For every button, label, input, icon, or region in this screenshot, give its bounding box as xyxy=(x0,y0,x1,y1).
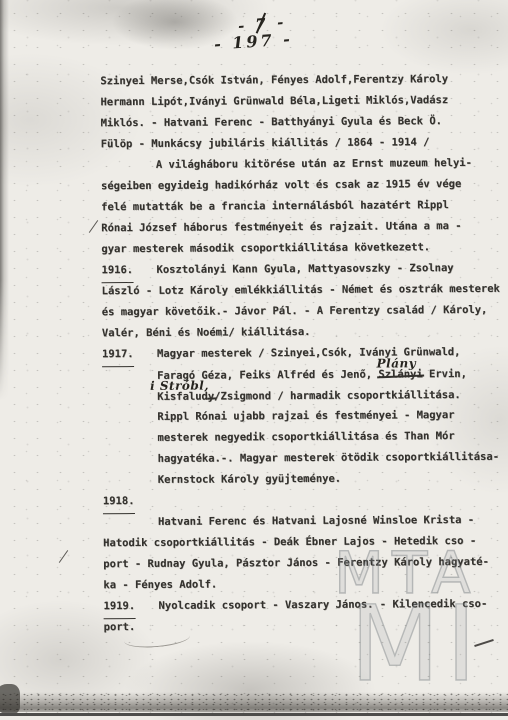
typescript-line: 1917.Magyar mesterek / Szinyei,Csók, Ivá… xyxy=(102,342,502,365)
line-text: Rónai József háborus festményeit és rajz… xyxy=(101,216,461,239)
typescript-line: gyar mesterek második csoportkiállitása … xyxy=(101,237,501,260)
year-heading: 1919. xyxy=(103,596,135,619)
year-heading: 1916. xyxy=(101,260,133,283)
typed-text: A világháboru kitörése után az Ernst muz… xyxy=(156,157,472,171)
typed-text: és magyar követőik.- Jávor Pál. - A Fere… xyxy=(102,304,488,318)
typescript-line: ségeiben egyideig hadikórház volt és csa… xyxy=(101,174,501,197)
typescript-line: hagyatéka.-. Magyar mesterek ötödik csop… xyxy=(103,447,503,470)
year-heading: 1917. xyxy=(102,344,134,367)
typescript-line: Miklós. - Hatvani Ferenc - Batthyányi Gy… xyxy=(101,111,501,134)
typescript-line: és magyar követőik.- Jávor Pál. - A Fere… xyxy=(102,300,502,323)
typed-text: gyar mesterek második csoportkiállitása … xyxy=(101,241,430,255)
pencil-slash-mark xyxy=(59,550,68,563)
typed-text: Fülöp - Munkácsy jubiláris kiállitás / 1… xyxy=(101,136,430,150)
typed-text: ségeiben egyideig hadikórház volt és csa… xyxy=(101,178,461,192)
typescript-line: Hatvani Ferenc és Hatvani Lajosné Winslo… xyxy=(103,510,503,533)
line-text: Hatodik csoportkiállitás - Deák Ébner La… xyxy=(103,531,476,554)
typescript-line: ka - Fényes Adolf. xyxy=(103,573,503,596)
typed-text: port - Rudnay Gyula, Pásztor János - Fer… xyxy=(103,556,489,570)
typescript-line: felé mutatták be a francia internálásból… xyxy=(101,195,501,218)
typed-text: Hermann Lipót,Iványi Grünwald Béla,Liget… xyxy=(100,94,448,108)
year-heading: 1918. xyxy=(103,491,135,514)
scan-edge-line xyxy=(0,713,508,716)
line-text: László - Lotz Károly emlékkiállitás - Né… xyxy=(102,279,500,302)
typescript-line: Kisfaludyi Stróbl,/Zsigmond / harmadik c… xyxy=(102,384,502,407)
line-text: ka - Fényes Adolf. xyxy=(103,575,217,597)
typed-text: ka - Fényes Adolf. xyxy=(103,579,217,592)
typescript-body: Szinyei Merse,Csók István, Fényes Adolf,… xyxy=(100,69,503,638)
line-text: Nyolcadik csoport - Vaszary János. - Kil… xyxy=(158,594,487,617)
pencil-slash-mark xyxy=(89,220,98,233)
line-text: mesterek negyedik csoportkiállitása és T… xyxy=(157,426,454,449)
typed-text: mesterek negyedik csoportkiállitása és T… xyxy=(157,430,454,444)
typescript-line: Valér, Béni és Noémi/ kiállitása. xyxy=(102,321,502,344)
typescript-line: Hermann Lipót,Iványi Grünwald Béla,Liget… xyxy=(100,90,500,113)
line-text: Fülöp - Munkácsy jubiláris kiállitás / 1… xyxy=(101,132,430,155)
line-text: A világháboru kitörése után az Ernst muz… xyxy=(156,153,472,176)
line-text: Miklós. - Hatvani Ferenc - Batthyányi Gy… xyxy=(101,111,442,134)
typescript-line: 1918. xyxy=(103,489,503,512)
typed-text: Ervin, xyxy=(423,368,467,380)
typed-text: Szinyei Merse,Csók István, Fényes Adolf,… xyxy=(100,73,448,87)
typed-text: felé mutatták be a francia internálásból… xyxy=(101,199,449,213)
line-text: felé mutatták be a francia internálásból… xyxy=(101,195,449,218)
typescript-line: Fülöp - Munkácsy jubiláris kiállitás / 1… xyxy=(101,132,501,155)
typed-text: Rippl Rónai ujabb rajzai és festményei -… xyxy=(157,409,454,423)
typescript-line: port - Rudnay Gyula, Pásztor János - Fer… xyxy=(103,552,503,575)
line-text: Hatvani Ferenc és Hatvani Lajosné Winslo… xyxy=(158,510,474,533)
line-text: port - Rudnay Gyula, Pásztor János - Fer… xyxy=(103,552,489,575)
scan-bottom-edge xyxy=(0,692,508,712)
typed-text: port. xyxy=(104,621,136,633)
line-text: hagyatéka.-. Magyar mesterek ötödik csop… xyxy=(158,447,499,470)
typed-text: Hatvani Ferenc és Hatvani Lajosné Winslo… xyxy=(158,514,474,528)
typed-text: Nyolcadik csoport - Vaszary János. - Kil… xyxy=(159,598,488,612)
typescript-line: mesterek negyedik csoportkiállitása és T… xyxy=(102,426,502,449)
scan-corner-shadow xyxy=(0,684,20,714)
typed-text: Valér, Béni és Noémi/ kiállitása. xyxy=(102,326,311,339)
line-text: gyar mesterek második csoportkiállitása … xyxy=(101,237,430,260)
typed-text: hagyatéka.-. Magyar mesterek ötödik csop… xyxy=(158,451,499,465)
typed-text: Rónai József háborus festményeit és rajz… xyxy=(101,220,461,234)
page-number: - 197 - xyxy=(213,29,293,53)
typescript-line: Rónai József háborus festményeit és rajz… xyxy=(101,216,501,239)
typed-text: Kernstock Károly gyüjteménye. xyxy=(158,473,341,486)
typed-text: László - Lotz Károly emlékkiállitás - Né… xyxy=(102,283,500,297)
line-text: Valér, Béni és Noémi/ kiállitása. xyxy=(102,322,311,344)
typescript-line: Kernstock Károly gyüjteménye. xyxy=(103,468,503,491)
line-text: Rippl Rónai ujabb rajzai és festményei -… xyxy=(157,405,454,428)
typed-text: Hatodik csoportkiállitás - Deák Ébner La… xyxy=(103,535,476,549)
typescript-line: 1916.Kosztolányi Kann Gyula, Mattyasovsz… xyxy=(101,258,501,281)
typescript-line: Hatodik csoportkiállitás - Deák Ébner La… xyxy=(103,531,503,554)
line-text: port. xyxy=(104,617,136,638)
typescript-line: 1919.Nyolcadik csoport - Vaszary János. … xyxy=(103,594,503,617)
typed-text: Kosztolányi Kann Gyula, Mattyasovszky - … xyxy=(156,262,453,276)
scan-left-edge xyxy=(0,0,9,400)
line-text: Kisfaludyi Stróbl,/Zsigmond / harmadik c… xyxy=(157,384,461,408)
pencil-tick-mark xyxy=(474,639,494,647)
line-text: Szinyei Merse,Csók István, Fényes Adolf,… xyxy=(100,69,448,92)
typescript-line: A világháboru kitörése után az Ernst muz… xyxy=(101,153,501,176)
line-text: ségeiben egyideig hadikórház volt és csa… xyxy=(101,174,461,197)
typescript-line: Rippl Rónai ujabb rajzai és festményei -… xyxy=(102,405,502,428)
line-text: és magyar követőik.- Jávor Pál. - A Fere… xyxy=(102,300,488,323)
line-text: Kernstock Károly gyüjteménye. xyxy=(158,469,341,491)
typescript-line: Szinyei Merse,Csók István, Fényes Adolf,… xyxy=(100,69,500,92)
line-text: Kosztolányi Kann Gyula, Mattyasovszky - … xyxy=(156,258,453,281)
typed-text: /Zsigmond / harmadik csoportkiállitása. xyxy=(214,389,461,403)
typed-text: Miklós. - Hatvani Ferenc - Batthyányi Gy… xyxy=(101,115,442,129)
typescript-line: port. xyxy=(104,615,504,638)
scanned-page: - 7 - - 197 - Szinyei Merse,Csók István,… xyxy=(0,0,508,720)
line-text: Hermann Lipót,Iványi Grünwald Béla,Liget… xyxy=(100,90,448,113)
typescript-line: László - Lotz Károly emlékkiállitás - Né… xyxy=(102,279,502,302)
